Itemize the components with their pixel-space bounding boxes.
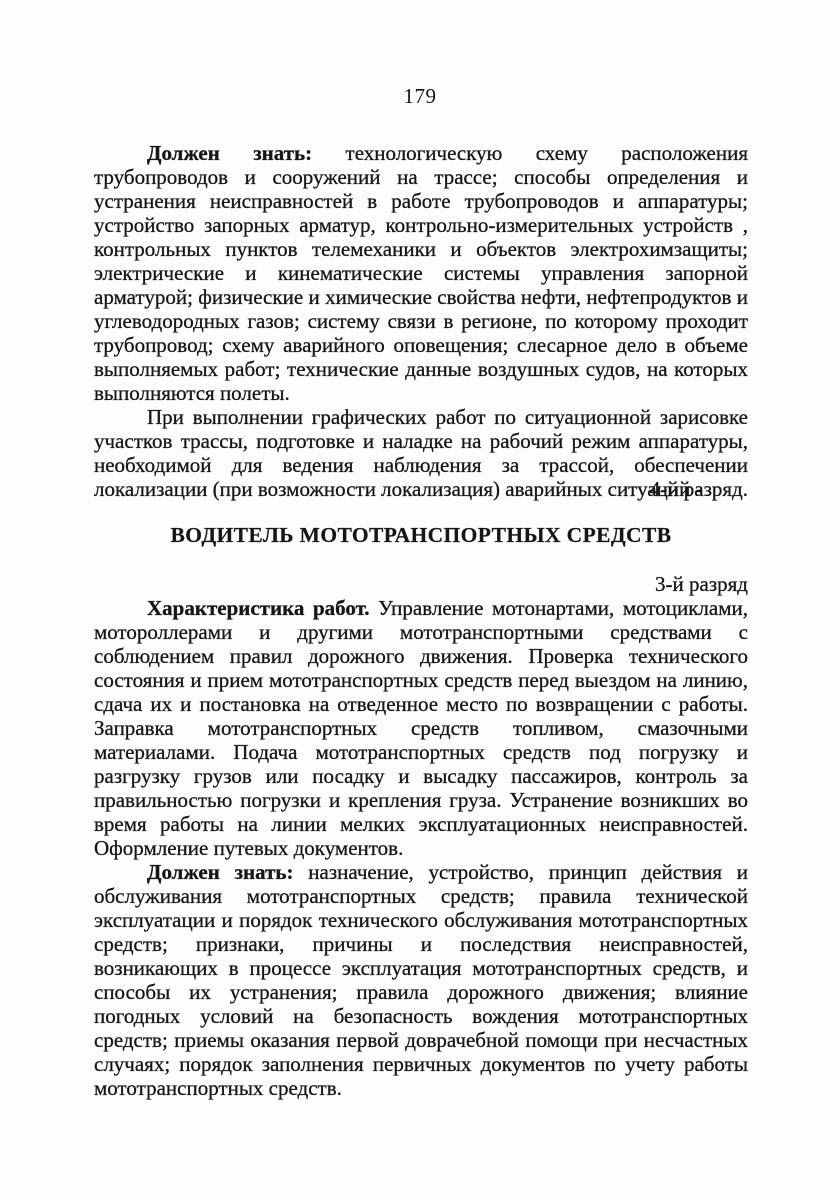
section-grade: 3-й разряд bbox=[94, 572, 748, 596]
must-know-paragraph-prev-entry: Должен знать: технологическую схему расп… bbox=[94, 141, 748, 405]
page-content: Должен знать: технологическую схему расп… bbox=[94, 141, 748, 1100]
characteristics-text: Управление мотонартами, мотоциклами, мот… bbox=[94, 596, 748, 860]
must-know-text-prev-entry: технологическую схему расположения трубо… bbox=[94, 141, 748, 405]
must-know-paragraph: Должен знать: назначение, устройство, пр… bbox=[94, 860, 748, 1100]
must-know-label-prev-entry: Должен знать: bbox=[147, 141, 312, 165]
section-title: ВОДИТЕЛЬ МОТОТРАНСПОРТНЫХ СРЕДСТВ bbox=[94, 523, 748, 548]
characteristics-paragraph: Характеристика работ. Управление мотонар… bbox=[94, 596, 748, 860]
grade-assignment-paragraph: При выполнении графических работ по ситу… bbox=[94, 405, 748, 501]
grade-assignment-value: 4-й разряд. bbox=[650, 477, 748, 501]
characteristics-label: Характеристика работ. bbox=[147, 596, 370, 620]
page-number: 179 bbox=[0, 0, 840, 108]
must-know-label: Должен знать: bbox=[147, 860, 294, 884]
must-know-text: назначение, устройство, принцип действия… bbox=[94, 860, 748, 1100]
scanned-document-page: 179 Должен знать: технологическую схему … bbox=[0, 0, 840, 1199]
